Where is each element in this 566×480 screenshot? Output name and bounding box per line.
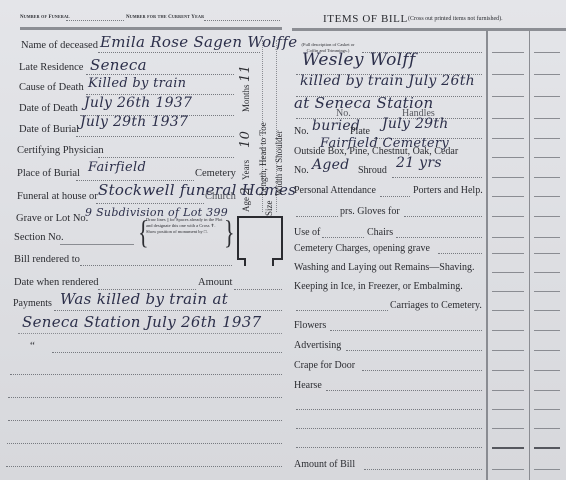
- dollar-cell: [492, 409, 524, 410]
- late-residence-line: [86, 74, 234, 75]
- cent-cell: [534, 428, 560, 429]
- cemetery-label: Cemetery: [195, 168, 236, 179]
- dollar-cell: [492, 157, 524, 158]
- hearse-label: Hearse: [294, 380, 322, 391]
- width-at-shoulder-label: Width at Shoulder: [274, 130, 284, 196]
- dollar-cell: [492, 138, 524, 139]
- cent-cell: [534, 96, 560, 97]
- gloves-qty-line: [296, 216, 338, 217]
- cent-cell: [534, 74, 560, 75]
- cent-cell: [534, 409, 560, 410]
- certifying-physician-label: Certifying Physician: [17, 145, 104, 156]
- years-label: Years: [241, 160, 251, 180]
- dollar-cell: [492, 272, 524, 273]
- advertising-line: [346, 350, 482, 351]
- blank-line-6: [6, 466, 282, 467]
- shroud-no-label: No.: [294, 165, 309, 176]
- grave-or-lot-label: Grave or Lot No.: [16, 213, 88, 224]
- dollar-cell: [492, 350, 524, 351]
- blank-bill-line-2: [296, 428, 482, 429]
- cent-cell: [534, 177, 560, 178]
- bill-rendered-to-line: [80, 265, 232, 266]
- cause-of-death-value: Killed by train: [88, 76, 186, 91]
- date-of-burial-label: Date of Burial: [19, 124, 79, 135]
- dollars-column-divider: [486, 30, 488, 480]
- funeral-record-page: Number of Funeral Number for the Current…: [0, 0, 566, 480]
- amount-of-bill-label: Amount of Bill: [294, 459, 355, 470]
- dollar-cell: [492, 237, 524, 238]
- age-prefix-value: 2: [238, 187, 252, 195]
- cent-cell: [534, 291, 560, 292]
- flowers-line: [330, 330, 482, 331]
- months-label: Months: [241, 84, 251, 112]
- dollar-cell: [492, 96, 524, 97]
- payments-value-1: Was killed by train at: [60, 290, 228, 308]
- crape-for-door-label: Crape for Door: [294, 360, 355, 371]
- blank-line-2: [10, 374, 282, 375]
- plot-box-door-right: [272, 258, 274, 266]
- use-of-line: [322, 237, 364, 238]
- shroud-value: 21 yrs: [396, 155, 442, 171]
- personal-attendance-line: [380, 196, 410, 197]
- dollar-cell: [492, 253, 524, 254]
- certifying-physician-line: [98, 157, 234, 158]
- number-current-year-label: Number for the Current Year: [126, 14, 204, 20]
- casket-handwritten-line-2: killed by train July 26th: [300, 73, 475, 89]
- amount-label: Amount: [198, 277, 232, 288]
- dollar-cell: [492, 469, 524, 470]
- cemetery-charges-line: [438, 253, 482, 254]
- cent-cell: [534, 390, 560, 391]
- cent-cell: [534, 138, 560, 139]
- years-value: 10: [238, 131, 253, 148]
- porters-and-help-label: Porters and Help.: [413, 185, 483, 196]
- bill-rendered-to-label: Bill rendered to: [14, 254, 80, 265]
- dollar-cell: [492, 291, 524, 292]
- cent-cell: [534, 253, 560, 254]
- number-current-year-line: [204, 20, 280, 21]
- plot-note: Draw lines || for Spaces already in the …: [146, 217, 224, 235]
- late-residence-label: Late Residence: [19, 62, 83, 73]
- place-of-burial-value: Fairfield: [88, 160, 146, 175]
- blank-line-4: [8, 420, 282, 421]
- plot-box-foot-right: [273, 258, 281, 260]
- carriages-qty-line: [296, 310, 388, 311]
- use-of-label: Use of: [294, 227, 320, 238]
- number-of-funeral-line: [66, 20, 124, 21]
- washing-laying-out-label: Washing and Laying out Remains—Shaving.: [294, 262, 475, 273]
- cause-of-death-label: Cause of Death: [19, 82, 84, 93]
- cent-cell: [534, 272, 560, 273]
- cent-cell: [534, 370, 560, 371]
- date-of-burial-value: July 29th 1937: [80, 114, 188, 130]
- blank-bill-line-1: [296, 409, 482, 410]
- left-header-rule: [20, 27, 282, 30]
- casket-handwritten-line-1: Wesley Wolff: [302, 50, 416, 70]
- payments-label: Payments: [13, 298, 52, 309]
- dollar-cell: [492, 52, 524, 53]
- items-of-bill-note: (Cross out printed items not furnished).: [408, 16, 503, 22]
- blank-line-5: [7, 443, 282, 444]
- dollar-cell: [492, 177, 524, 178]
- plate-no-label: No.: [294, 126, 309, 137]
- cent-cell: [534, 237, 560, 238]
- plot-diagram-box: [237, 216, 283, 260]
- cent-cell: [534, 118, 560, 119]
- right-header-rule: [292, 28, 566, 31]
- size-label: Size: [264, 201, 274, 217]
- dollar-cell: [492, 390, 524, 391]
- gloves-line: [404, 216, 482, 217]
- payments-line-1: [54, 310, 282, 311]
- payments-value-2: Seneca Station July 26th 1937: [22, 313, 261, 331]
- age-label: Age: [241, 197, 251, 212]
- ditto-mark: “: [30, 340, 35, 352]
- dollar-cell: [492, 118, 524, 119]
- date-when-rendered-label: Date when rendered: [14, 277, 99, 288]
- date-of-death-label: Date of Death: [19, 103, 78, 114]
- plate-date-value: July 29th: [382, 116, 449, 132]
- personal-attendance-label: Personal Attendance: [294, 185, 376, 196]
- dollar-cell: [492, 310, 524, 311]
- amount-line: [234, 289, 282, 290]
- dollar-cell: [492, 330, 524, 331]
- dollar-cell: [492, 74, 524, 75]
- plot-note-right-brace: }: [224, 216, 235, 249]
- date-of-burial-line: [76, 136, 234, 137]
- months-value: 11: [238, 65, 253, 82]
- crape-for-door-line: [362, 370, 482, 371]
- cemetery-charges-label: Cemetery Charges, opening grave: [294, 243, 430, 254]
- cent-total-rule: [534, 447, 560, 449]
- funeral-at-house-label: Funeral at house or: [17, 191, 98, 202]
- shroud-line: [392, 177, 482, 178]
- church-label: Church: [205, 191, 236, 202]
- carriages-label: Carriages to Cemetery.: [390, 300, 482, 311]
- dollar-cell: [492, 216, 524, 217]
- advertising-label: Advertising: [294, 340, 341, 351]
- chairs-label: Chairs: [367, 227, 393, 238]
- blank-line-3: [8, 397, 282, 398]
- blank-line-1: [52, 352, 282, 353]
- flowers-label: Flowers: [294, 320, 326, 331]
- funeral-at-house-line: [96, 203, 204, 204]
- number-of-funeral-label: Number of Funeral: [20, 14, 70, 20]
- cent-cell: [534, 330, 560, 331]
- dollar-cell: [492, 196, 524, 197]
- plot-box-door-left: [244, 258, 246, 266]
- cent-cell: [534, 52, 560, 53]
- outside-box-value: Fairfield Cemetery: [320, 136, 449, 151]
- cent-cell: [534, 216, 560, 217]
- section-no-line: [60, 244, 134, 245]
- cents-column-divider: [529, 30, 530, 480]
- cent-cell: [534, 350, 560, 351]
- hearse-line: [326, 390, 482, 391]
- cent-cell: [534, 310, 560, 311]
- late-residence-value: Seneca: [90, 56, 147, 74]
- dollar-cell: [492, 428, 524, 429]
- chairs-line: [396, 237, 482, 238]
- payments-line-2: [18, 333, 282, 334]
- keeping-in-ice-label: Keeping in Ice, in Freezer, or Embalming…: [294, 281, 463, 292]
- name-of-deceased-value: Emila Rose Sagen Wolffe: [100, 33, 297, 51]
- blank-bill-line-3: [296, 447, 482, 448]
- shroud-label: Shroud: [358, 165, 387, 176]
- items-of-bill-title: ITEMS OF BILL: [323, 13, 408, 25]
- length-head-to-toe-label: Length, Head to Toe: [258, 122, 268, 196]
- place-of-burial-label: Place of Burial: [17, 168, 80, 179]
- cent-cell: [534, 469, 560, 470]
- name-of-deceased-label: Name of deceased: [21, 40, 98, 51]
- dollar-total-rule: [492, 447, 524, 449]
- shroud-no-value: Aged: [312, 157, 350, 173]
- cent-cell: [534, 196, 560, 197]
- name-of-deceased-line: [98, 52, 260, 53]
- section-no-label: Section No.: [14, 232, 64, 243]
- gloves-label: prs. Gloves for: [340, 206, 400, 217]
- amount-of-bill-line: [364, 469, 482, 470]
- dollar-cell: [492, 370, 524, 371]
- cent-cell: [534, 157, 560, 158]
- date-of-death-value: July 26th 1937: [84, 95, 192, 111]
